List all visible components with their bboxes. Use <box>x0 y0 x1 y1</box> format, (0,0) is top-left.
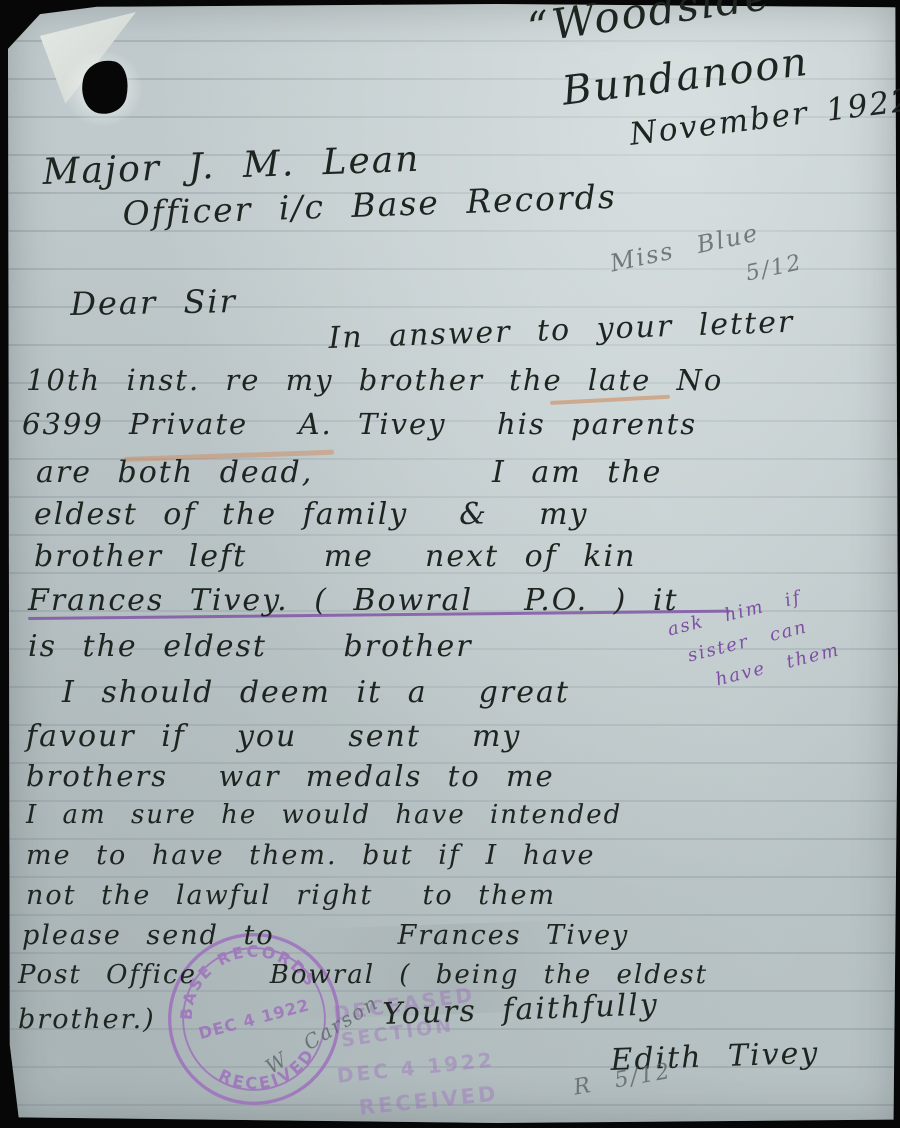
body-line: brothers war medals to me <box>26 762 555 791</box>
body-line: me to have them. but if I have <box>26 842 595 869</box>
body-line: favour if you sent my <box>26 722 521 752</box>
body-line: please send to Frances Tivey <box>22 922 629 949</box>
scanned-letter: BASE RECORDS RECEIVED DEC 4 1922 DECEASE… <box>0 0 900 1128</box>
body-line: 10th inst. re my brother the late No <box>26 366 723 395</box>
heading-house-name: “Woodside” <box>525 0 797 50</box>
closing: Yours faithfully <box>382 990 659 1030</box>
body-line: eldest of the family & my <box>34 500 588 530</box>
body-line: not the lawful right to them <box>26 882 556 909</box>
recipient-name: Major J. M. Lean <box>42 142 421 191</box>
letter-lines: “Woodside”BundanoonNovember 1922Major J.… <box>0 0 900 1128</box>
body-line: brother.) <box>18 1006 156 1033</box>
body-line: Frances Tivey. ( Bowral P.O. ) it <box>28 586 679 616</box>
body-line: I should deem it a great <box>62 678 570 708</box>
pencil-reference: R 5/12 <box>572 1061 673 1100</box>
pencil-note-date: 5/12 <box>744 252 805 285</box>
body-line: is the eldest brother <box>28 632 473 662</box>
body-line: In answer to your letter <box>328 308 795 354</box>
pencil-initials: W Carson <box>262 992 382 1077</box>
pencil-note-name: Miss Blue <box>608 221 761 276</box>
body-line: brother left me next of kin <box>34 542 636 572</box>
body-line: are both dead, I am the <box>36 458 662 488</box>
body-line: Post Office Bowral ( being the eldest <box>18 962 708 988</box>
body-line: I am sure he would have intended <box>26 802 622 828</box>
salutation: Dear Sir <box>70 285 237 320</box>
body-line: 6399 Private A. Tivey his parents <box>22 410 697 439</box>
